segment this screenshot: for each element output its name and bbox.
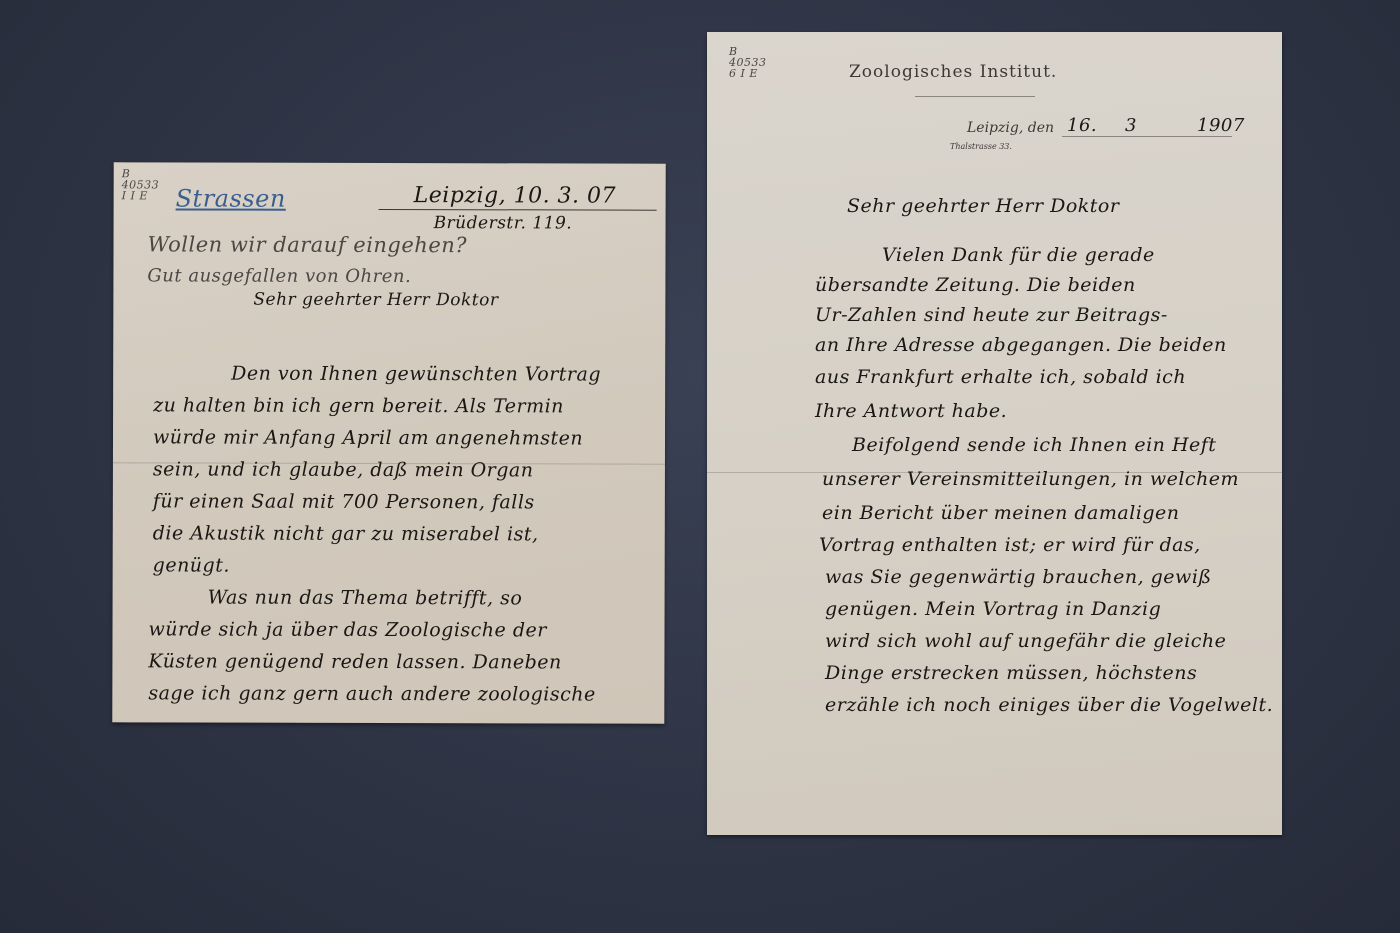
letter-line: sage ich ganz gern auch andere zoologisc… xyxy=(148,682,595,705)
letter-line: für einen Saal mit 700 Personen, falls xyxy=(153,490,535,513)
letter-line: zu halten bin ich gern bereit. Als Termi… xyxy=(153,394,564,417)
name-annotation: Strassen xyxy=(176,184,286,212)
right-letter: B 40533 6 I E Zoologisches Institut. Lei… xyxy=(707,32,1282,835)
letterhead-title: Zoologisches Institut. xyxy=(849,62,1057,82)
place-label: Leipzig, den xyxy=(967,120,1054,136)
letter-line: die Akustik nicht gar zu miserabel ist, xyxy=(153,522,539,545)
letter-line: wird sich wohl auf ungefähr die gleiche xyxy=(825,630,1226,652)
date-month: 3 xyxy=(1125,115,1137,136)
letter-line: an Ihre Adresse abgegangen. Die beiden xyxy=(815,334,1227,356)
letter-line: Küsten genügend reden lassen. Daneben xyxy=(148,650,561,673)
date-underline xyxy=(379,209,657,211)
letter-line: Vortrag enthalten ist; er wird für das, xyxy=(819,534,1201,556)
letterhead-rule xyxy=(915,96,1035,97)
letter-line: unserer Vereinsmitteilungen, in welchem xyxy=(822,468,1239,490)
archive-mark-line: I I E xyxy=(122,190,160,201)
letter-line: Ur-Zahlen sind heute zur Beitrags- xyxy=(815,304,1168,326)
pencil-note: Gut ausgefallen von Ohren. xyxy=(147,265,411,287)
letter-line: erzähle ich noch einiges über die Vogelw… xyxy=(825,694,1273,716)
letter-line: genügt. xyxy=(153,554,230,576)
letter-line: würde mir Anfang April am angenehmsten xyxy=(153,426,583,449)
letter-line: würde sich ja über das Zoologische der xyxy=(148,618,546,641)
date-year: 1907 xyxy=(1197,115,1245,136)
letter-line: Vielen Dank für die gerade xyxy=(882,244,1155,266)
archive-mark: B 40533 6 I E xyxy=(729,46,767,79)
street-address: Thalstrasse 33. xyxy=(950,142,1012,151)
letter-line: sein, und ich glaube, daß mein Organ xyxy=(153,458,534,481)
letter-line: Ihre Antwort habe. xyxy=(815,400,1007,422)
pencil-note: Wollen wir darauf eingehen? xyxy=(147,232,467,257)
letter-line: genügen. Mein Vortrag in Danzig xyxy=(825,598,1161,620)
letter-line: Den von Ihnen gewünschten Vortrag xyxy=(231,363,601,386)
sender-address: Brüderstr. 119. xyxy=(434,213,573,233)
date-rule xyxy=(1062,136,1232,137)
letter-line: übersandte Zeitung. Die beiden xyxy=(815,274,1136,296)
archive-mark: B 40533 I I E xyxy=(122,168,160,201)
left-letter: B 40533 I I E Strassen Leipzig, 10. 3. 0… xyxy=(112,162,665,723)
letter-line: Was nun das Thema betrifft, so xyxy=(208,587,523,610)
date-day: 16. xyxy=(1067,115,1097,136)
letter-line: aus Frankfurt erhalte ich, sobald ich xyxy=(815,366,1186,388)
letter-line: Dinge erstrecken müssen, höchstens xyxy=(825,662,1197,684)
letter-line: Beifolgend sende ich Ihnen ein Heft xyxy=(852,434,1216,456)
salutation: Sehr geehrter Herr Doktor xyxy=(847,195,1119,217)
letter-line: ein Bericht über meinen damaligen xyxy=(822,502,1180,524)
archive-mark-line: 6 I E xyxy=(729,68,767,79)
place-date: Leipzig, 10. 3. 07 xyxy=(414,183,616,209)
letter-line: was Sie gegenwärtig brauchen, gewiß xyxy=(825,566,1212,588)
salutation: Sehr geehrter Herr Doktor xyxy=(253,290,498,311)
